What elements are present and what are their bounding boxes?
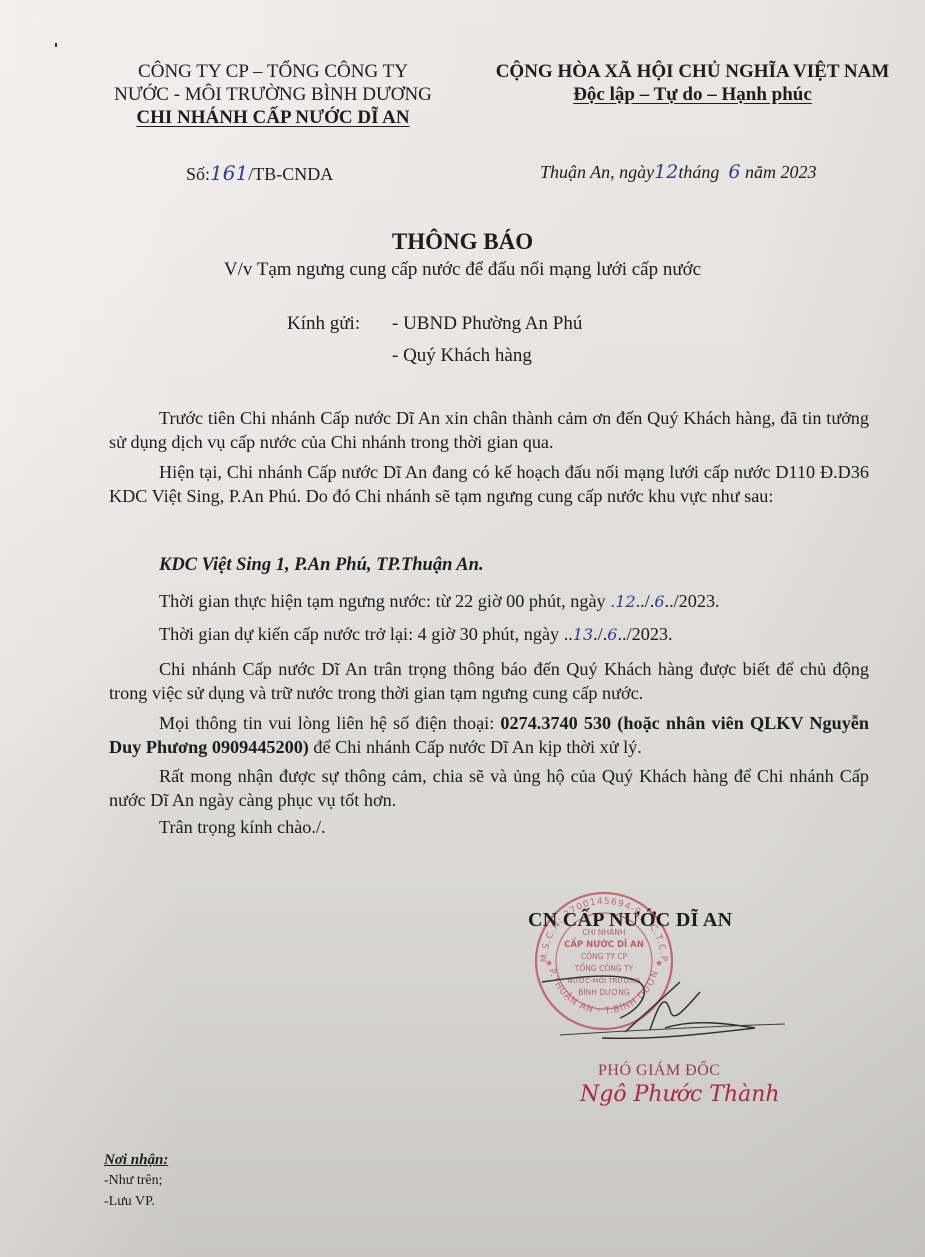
paper-speck <box>55 43 57 47</box>
place-label: Thuận An, ngày <box>540 162 654 182</box>
recipients-label: Kính gửi: <box>287 313 360 335</box>
affected-area-text: KDC Việt Sing 1, P.An Phú, TP.Thuận An. <box>159 555 484 575</box>
resume-time-label: Thời gian dự kiến cấp nước trở lại: 4 gi… <box>159 624 559 644</box>
receiver-item: -Như trên; <box>104 1173 163 1189</box>
issuing-organization: CÔNG TY CP – TỔNG CÔNG TY NƯỚC - MÔI TRƯ… <box>108 60 438 129</box>
stop-time: Thời gian thực hiện tạm ngưng nước: từ 2… <box>109 589 869 614</box>
handwritten-month: 6 <box>728 161 740 183</box>
closing-text: Trân trọng kính chào./. <box>159 817 326 837</box>
resume-date-day: 13 <box>573 625 593 644</box>
doc-number-handwritten: 161 <box>210 161 248 185</box>
paragraph-notice: Chi nhánh Cấp nước Dĩ An trân trọng thôn… <box>109 657 869 705</box>
paragraph-thanks: Trước tiên Chi nhánh Cấp nước Dĩ An xin … <box>109 406 869 454</box>
recipient-item: - UBND Phường An Phú <box>392 313 582 335</box>
stop-time-label: Thời gian thực hiện tạm ngưng nước: từ 2… <box>159 591 606 611</box>
month-label: tháng <box>678 162 719 182</box>
signer-name: Ngô Phước Thành <box>580 1082 780 1107</box>
affected-area: KDC Việt Sing 1, P.An Phú, TP.Thuận An. <box>109 553 869 577</box>
paragraph-plan-text: Hiện tại, Chi nhánh Cấp nước Dĩ An đang … <box>109 462 869 506</box>
org-line-1: CÔNG TY CP – TỔNG CÔNG TY <box>108 60 438 83</box>
stop-date-day: 12 <box>615 592 635 611</box>
org-branch: CHI NHÁNH CẤP NƯỚC DĨ AN <box>108 106 438 129</box>
doc-number-prefix: Số: <box>186 164 210 184</box>
place-and-date: Thuận An, ngày12tháng 6 năm 2023 <box>540 161 816 183</box>
handwritten-signature <box>540 960 790 1040</box>
resume-time: Thời gian dự kiến cấp nước trở lại: 4 gi… <box>109 622 869 647</box>
document-number: Số:161/TB-CNDA <box>186 161 333 185</box>
paragraph-appreciation-text: Rất mong nhận được sự thông cảm, chia sẽ… <box>109 766 869 810</box>
handwritten-day: 12 <box>654 161 678 183</box>
resume-date-year: /2023. <box>627 624 673 644</box>
paragraph-plan: Hiện tại, Chi nhánh Cấp nước Dĩ An đang … <box>109 460 869 508</box>
document-subtitle: V/v Tạm ngưng cung cấp nước để đấu nối m… <box>0 259 925 281</box>
stop-date-month: 6 <box>654 592 664 611</box>
national-motto: Độc lập – Tự do – Hạnh phúc <box>470 83 915 106</box>
receiver-item: -Lưu VP. <box>104 1194 155 1210</box>
recipient-item: - Quý Khách hàng <box>392 345 532 367</box>
paragraph-contact: Mọi thông tin vui lòng liên hệ số điện t… <box>109 711 869 759</box>
year-label: năm 2023 <box>745 162 817 182</box>
signing-organization: CN CẤP NƯỚC DĨ AN <box>528 909 732 932</box>
receivers-title: Nơi nhận: <box>104 1152 168 1169</box>
doc-number-suffix: /TB-CNDA <box>248 164 333 184</box>
paragraph-thanks-text: Trước tiên Chi nhánh Cấp nước Dĩ An xin … <box>109 408 869 452</box>
resume-date-month: 6 <box>607 625 617 644</box>
signer-title: PHÓ GIÁM ĐỐC <box>598 1062 720 1080</box>
stop-date-year: /2023. <box>674 591 720 611</box>
paragraph-notice-text: Chi nhánh Cấp nước Dĩ An trân trọng thôn… <box>109 659 869 703</box>
paragraph-appreciation: Rất mong nhận được sự thông cảm, chia sẽ… <box>109 764 869 812</box>
closing: Trân trọng kính chào./. <box>109 815 869 839</box>
contact-lead: Mọi thông tin vui lòng liên hệ số điện t… <box>159 713 494 733</box>
contact-tail: để Chi nhánh Cấp nước Dĩ An kịp thời xử … <box>313 737 641 757</box>
org-line-2: NƯỚC - MÔI TRƯỜNG BÌNH DƯƠNG <box>108 83 438 106</box>
stamp-line: CẤP NƯỚC DĨ AN <box>564 937 644 950</box>
national-header: CỘNG HÒA XÃ HỘI CHỦ NGHĨA VIỆT NAM Độc l… <box>470 60 915 106</box>
nation-name: CỘNG HÒA XÃ HỘI CHỦ NGHĨA VIỆT NAM <box>470 60 915 83</box>
document-title: THÔNG BÁO <box>0 229 925 255</box>
